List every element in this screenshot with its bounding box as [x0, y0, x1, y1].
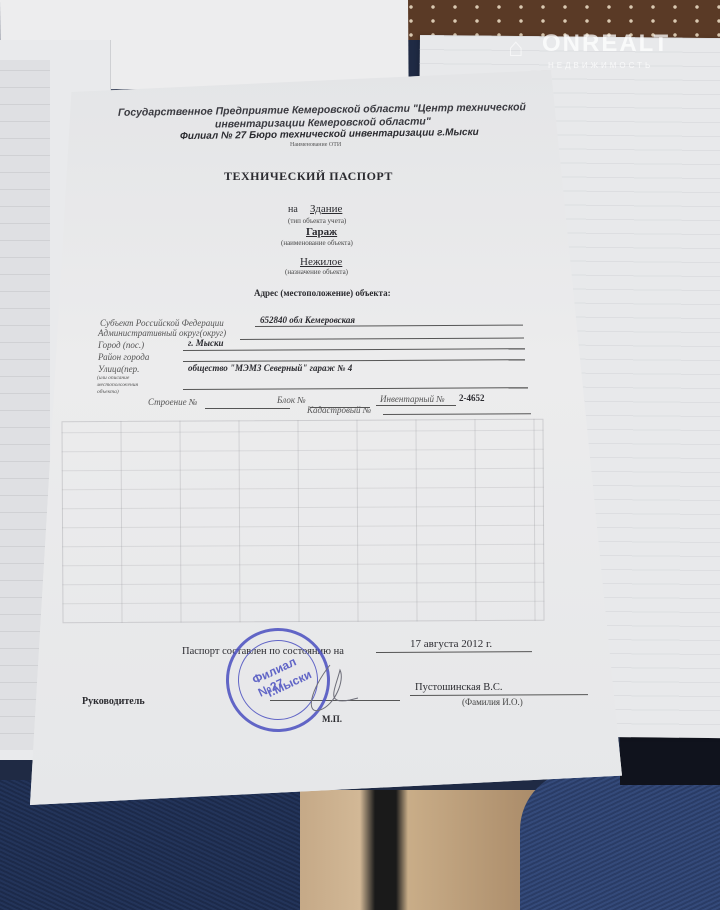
document-title: ТЕХНИЧЕСКИЙ ПАСПОРТ	[224, 169, 393, 184]
watermark-brand: ONREALT	[542, 30, 670, 58]
head-label: Руководитель	[82, 696, 145, 707]
inventory-label: Инвентарный №	[380, 394, 445, 404]
watermark: ⌂ ONREALT НЕДВИЖИМОСТЬ	[508, 28, 708, 78]
object-type-caption: (тип объекта учета)	[288, 217, 346, 225]
building-underline	[205, 408, 290, 409]
watermark-subtitle: НЕДВИЖИМОСТЬ	[548, 61, 653, 70]
city-label: Город (пос.)	[98, 340, 144, 350]
object-name-caption: (наименование объекта)	[281, 239, 353, 247]
district-label: Административный округ(округ)	[98, 328, 226, 338]
date-value: 17 августа 2012 г.	[410, 638, 492, 650]
subject-value: 652840 обл Кемеровская	[260, 315, 355, 325]
on-label: на	[288, 204, 298, 215]
object-type: Здание	[310, 203, 342, 215]
head-name-caption: (Фамилия И.О.)	[462, 697, 523, 707]
street-label: Улица(пер.	[98, 364, 139, 374]
building-label: Строение №	[148, 397, 197, 407]
signature-scribble	[300, 660, 360, 720]
street-note: (или описание местоположения объекта)	[97, 375, 157, 396]
house-outline-icon: ⌂	[508, 32, 524, 63]
address-heading: Адрес (местоположение) объекта:	[254, 288, 391, 298]
jeans-right-background	[520, 770, 720, 910]
head-name: Пустошинская В.С.	[415, 682, 503, 693]
cadastral-label: Кадастровый №	[307, 405, 371, 415]
inventory-value: 2-4652	[459, 393, 485, 403]
org-caption: Наименование ОТИ	[290, 142, 341, 148]
object-name: Гараж	[306, 226, 337, 238]
city-value: г. Мыски	[188, 338, 224, 348]
subject-label: Субъект Российской Федерации	[100, 318, 224, 328]
city-district-label: Район города	[98, 352, 149, 362]
inventory-underline	[376, 405, 456, 406]
faint-bleed-through-table	[61, 419, 544, 624]
object-purpose: Нежилое	[300, 256, 342, 268]
block-label: Блок №	[277, 395, 306, 405]
street-value: общество "МЭМЗ Северный" гараж № 4	[188, 363, 352, 373]
object-purpose-caption: (назначение объекта)	[285, 268, 348, 276]
